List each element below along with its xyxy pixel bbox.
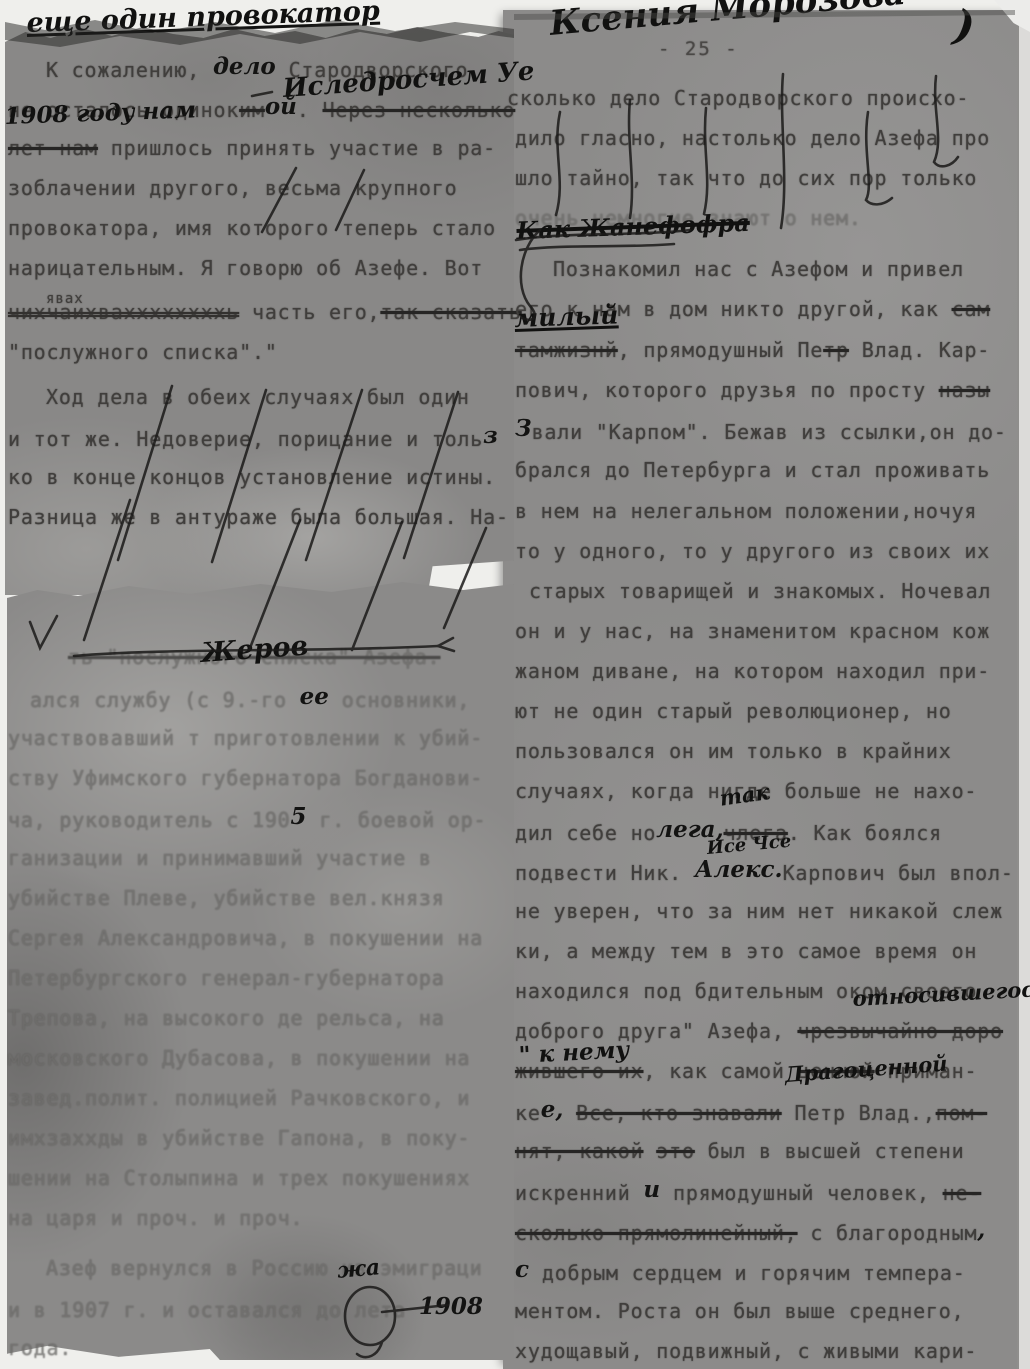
- typed-text: московского Дубасова, в покушении на: [8, 1046, 470, 1070]
- typed-text: прямодушный человек,: [660, 1181, 943, 1205]
- handwritten-correction: с: [515, 1256, 529, 1283]
- right-column-line: тамжизнй, прямодушный Петр Влад. Кар-: [515, 338, 990, 362]
- typed-text: жаном диване, на котором находил при-: [515, 659, 990, 683]
- typed-text: ки, а между тем в это самое время он: [515, 939, 977, 963]
- left-column-line: ганизации и принимавший участие в: [8, 846, 432, 870]
- handwritten-correction: 5: [291, 803, 307, 830]
- struck-typed-text: тр: [823, 338, 849, 362]
- right-column-line: худощавый, подвижный, с живыми кари-: [515, 1339, 977, 1363]
- handwritten-annotation: еще один провокатор: [26, 0, 380, 39]
- typed-text: дило гласно, настолько дело Азефа про: [515, 126, 990, 150]
- left-column-line: участвовавший т приготовлении к убий-: [8, 726, 483, 750]
- typed-text: дил себе но: [515, 821, 656, 845]
- right-column-line: в нем на нелегальном положении,ночуя: [515, 499, 977, 523]
- handwritten-annotation: Ксения Морозова: [548, 0, 907, 44]
- typed-text: Петр Влад.,: [782, 1101, 936, 1125]
- struck-typed-text: лет нам: [8, 136, 98, 160]
- typed-text: в нем на нелегальном положении,ночуя: [515, 499, 977, 523]
- typed-text: ганизации и принимавший участие в: [8, 846, 432, 870]
- typed-text: пович, которого друзья по просту: [515, 378, 939, 402]
- struck-typed-text: Через несколько: [323, 98, 516, 122]
- left-column-line: "послужного списка".": [8, 340, 278, 364]
- right-column-line: Звали "Карпом". Бежав из ссылки,он до-: [515, 418, 1007, 445]
- left-column-line: и тот же. Недоверие, порицание и тольз: [8, 425, 498, 452]
- typed-text: завед.полит. полицией Рачковского, и: [8, 1086, 470, 1110]
- handwritten-correction: Алекс.: [695, 856, 783, 883]
- struck-typed-text: сам: [952, 297, 991, 321]
- typed-text: Ход дела в обеих случаях был один: [46, 385, 470, 409]
- right-column-line: не уверен, что за ним нет никакой слеж: [515, 899, 1003, 923]
- typed-text: ют не один старый революционер, но: [515, 699, 952, 723]
- typed-text: и в 1907 г. и оставался до лета: [8, 1298, 419, 1322]
- left-column-line: Трепова, на высокого де рельса, на: [8, 1006, 445, 1030]
- left-column-line: зоблачении другого, весьма крупного: [8, 176, 457, 200]
- typed-text: шении на Столыпина и трех покушениях: [8, 1166, 470, 1190]
- right-column-line: пользовался он им только в крайних: [515, 739, 952, 763]
- right-column-line: то у одного, то у другого из своих их: [515, 539, 990, 563]
- left-column-line: убийстве Плеве, убийстве вел.князя: [8, 886, 445, 910]
- struck-typed-text: назы: [939, 378, 990, 402]
- handwritten-annotation: ): [951, 0, 978, 51]
- left-column-line: ко в конце концов установление истины.: [8, 465, 496, 489]
- left-column-line: шении на Столыпина и трех покушениях: [8, 1166, 470, 1190]
- typed-text: вали "Карпом". Бежав из ссылки,он до-: [532, 420, 1007, 444]
- right-column-line: он и у нас, на знаменитом красном кож: [515, 619, 990, 643]
- typed-text: провокатора, имя которого теперь стало: [8, 216, 496, 240]
- typed-text: зоблачении другого, весьма крупного: [8, 176, 457, 200]
- typed-text: с благородным: [798, 1221, 978, 1245]
- handwritten-correction: ее: [300, 683, 329, 710]
- left-column-line: Ход дела в обеих случаях был один: [46, 385, 470, 409]
- right-column-line: ментом. Роста он был выше среднего,: [515, 1299, 964, 1323]
- struck-typed-text: Все, кто знавали: [576, 1101, 781, 1125]
- handwritten-correction: з: [483, 422, 498, 449]
- struck-typed-text: так сказать: [380, 300, 521, 324]
- typed-text: [563, 1101, 576, 1125]
- typed-text: Трепова, на высокого де рельса, на: [8, 1006, 445, 1030]
- right-column-line: старых товарищей и знакомых. Ночевал: [529, 579, 991, 603]
- typed-text: Азеф вернулся в Россию из эмиграци: [46, 1256, 483, 1280]
- left-column-line: имхзаххды в убийстве Гапона, в поку-: [8, 1126, 470, 1150]
- typed-text: участвовавший т приготовлении к убий-: [8, 726, 483, 750]
- typed-text: Петербургского генерал-губернатора: [8, 966, 445, 990]
- typed-text: худощавый, подвижный, с живыми кари-: [515, 1339, 977, 1363]
- typed-text: основники,: [329, 688, 470, 712]
- typed-text: сколько дело Стародворского происхо-: [507, 86, 969, 110]
- left-column-line: провокатора, имя которого теперь стало: [8, 216, 496, 240]
- right-column-line: подвести Ник. Алекс.Карпович был впол-: [515, 859, 1014, 886]
- struck-typed-text: не-: [943, 1181, 982, 1205]
- typed-text: Разница же в антураже была большая. На-: [8, 505, 509, 529]
- typed-text: ался службу (с 9.-го: [30, 688, 300, 712]
- right-column-line: нят, какой это был в высшей степени: [515, 1139, 964, 1163]
- right-column-line: шло тайно, так что до сих пор только: [515, 166, 977, 190]
- right-column-line: кее, Все, кто знавали Петр Влад.,пом-: [515, 1099, 987, 1126]
- typed-text: [643, 1139, 656, 1163]
- right-column-line: ки, а между тем в это самое время он: [515, 939, 977, 963]
- scanned-manuscript-page: - 25 - К сожалению, дело Стародворскогон…: [0, 0, 1030, 1369]
- struck-typed-text: им: [239, 98, 265, 122]
- typed-text: ментом. Роста он был выше среднего,: [515, 1299, 964, 1323]
- typed-text: ча, руководитель с 190: [8, 808, 291, 832]
- typed-text: , прямодушный Пе: [618, 338, 823, 362]
- typed-text: и тот же. Недоверие, порицание и толь: [8, 427, 483, 451]
- typed-text: старых товарищей и знакомых. Ночевал: [529, 579, 991, 603]
- handwritten-correction: З: [515, 415, 532, 442]
- typed-text: "послужного списка".": [8, 340, 278, 364]
- handwritten-correction: ,: [977, 1216, 985, 1243]
- handwritten-annotation: " к нему: [518, 1036, 630, 1069]
- handwritten-correction: и: [643, 1176, 660, 1203]
- left-column-line: года.: [8, 1336, 72, 1360]
- left-column-line: нарицательным. Я говорю об Азефе. Вот: [8, 256, 483, 280]
- typed-text: пользовался он им только в крайних: [515, 739, 952, 763]
- typed-text: искренний: [515, 1181, 643, 1205]
- struck-typed-text: это: [656, 1139, 695, 1163]
- typed-text: Познакомил нас с Азефом и привел: [553, 257, 964, 281]
- typed-text: К сожалению,: [46, 58, 213, 82]
- right-column-line: с добрым сердцем и горячим темпера-: [515, 1259, 966, 1286]
- typed-text: ке: [515, 1101, 541, 1125]
- handwritten-annotation: милый: [514, 300, 619, 333]
- right-column-line: Познакомил нас с Азефом и привел: [553, 257, 964, 281]
- text-layer: К сожалению, дело Стародворскогоне остал…: [0, 0, 1030, 1369]
- typed-text: , как самой: [643, 1059, 797, 1083]
- left-column-line: на царя и проч. и проч.: [8, 1206, 303, 1230]
- struck-typed-text: чрезвычайно доро: [798, 1019, 1003, 1043]
- struck-typed-text: нят, какой: [515, 1139, 643, 1163]
- struck-typed-text: тамжизнй: [515, 338, 618, 362]
- typed-text: шло тайно, так что до сих пор только: [515, 166, 977, 190]
- typed-text: часть его,: [239, 300, 380, 324]
- handwritten-correction: дело: [213, 53, 276, 80]
- right-column-line: пович, которого друзья по просту назы: [515, 378, 990, 402]
- left-column-line: Разница же в антураже была большая. На-: [8, 505, 509, 529]
- typed-text: он и у нас, на знаменитом красном кож: [515, 619, 990, 643]
- right-column-line: брался до Петербурга и стал проживать: [515, 458, 990, 482]
- typed-text: Влад. Кар-: [849, 338, 990, 362]
- typed-text: г. боевой ор-: [307, 808, 487, 832]
- right-column-line: дило гласно, настолько дело Азефа про: [515, 126, 990, 150]
- typed-text: . Как боялся: [788, 821, 942, 845]
- left-column-line: Сергея Александровича, в покушении на: [8, 926, 483, 950]
- struck-typed-text: пом-: [936, 1101, 987, 1125]
- typed-text: ству Уфимского губернатора Богданови-: [8, 766, 483, 790]
- typed-text: убийстве Плеве, убийстве вел.князя: [8, 886, 445, 910]
- right-column-line: ют не один старый революционер, но: [515, 699, 952, 723]
- handwritten-annotation: 1908 году нам: [4, 96, 196, 130]
- left-column-line: ался службу (с 9.-го ее основники,: [30, 686, 470, 713]
- typed-text: был в высшей степени: [695, 1139, 965, 1163]
- left-column-line: лет нам пришлось принять участие в ра-: [8, 136, 496, 160]
- handwritten-correction: е,: [541, 1096, 564, 1123]
- right-column-line: искренний и прямодушный человек, не-: [515, 1179, 981, 1206]
- left-column-line: Петербургского генерал-губернатора: [8, 966, 445, 990]
- typed-text: Карпович был впол-: [783, 861, 1014, 885]
- left-column-line: Азеф вернулся в Россию из эмиграци: [46, 1256, 483, 1280]
- typed-text: нарицательным. Я говорю об Азефе. Вот: [8, 256, 483, 280]
- typed-text: не уверен, что за ним нет никакой слеж: [515, 899, 1003, 923]
- left-column-line: чихчаихваххххххххь часть его,так сказать: [8, 300, 522, 324]
- typed-text: года.: [8, 1336, 72, 1360]
- right-column-line: сколько прямолинейный, с благородным,: [515, 1219, 985, 1246]
- left-column-line: и в 1907 г. и оставался до лета 1908: [8, 1296, 483, 1323]
- typed-text: брался до Петербурга и стал проживать: [515, 458, 990, 482]
- handwritten-annotation: жа: [336, 1254, 381, 1284]
- typed-text: чихчаихваххххххххь: [8, 300, 239, 324]
- typed-text: то у одного, то у другого из своих их: [515, 539, 990, 563]
- typed-text: пришлось принять участие в ра-: [98, 136, 496, 160]
- typed-text: Сергея Александровича, в покушении на: [8, 926, 483, 950]
- handwritten-correction: 1908: [419, 1293, 483, 1320]
- left-column-line: завед.полит. полицией Рачковского, и: [8, 1086, 470, 1110]
- typed-text: подвести Ник.: [515, 861, 695, 885]
- typed-text: на царя и проч. и проч.: [8, 1206, 303, 1230]
- typed-text: добрым сердцем и горячим темпера-: [529, 1261, 966, 1285]
- typed-text: имхзаххды в убийстве Гапона, в поку-: [8, 1126, 470, 1150]
- handwritten-annotation: так: [718, 779, 771, 811]
- right-column-line: сколько дело Стародворского происхо-: [507, 86, 969, 110]
- typed-text: ко в конце концов установление истины.: [8, 465, 496, 489]
- left-column-line: ча, руководитель с 1905 г. боевой ор-: [8, 806, 486, 833]
- left-column-line: московского Дубасова, в покушении на: [8, 1046, 470, 1070]
- right-column-line: жаном диване, на котором находил при-: [515, 659, 990, 683]
- struck-typed-text: сколько прямолинейный,: [515, 1221, 798, 1245]
- left-column-line: ству Уфимского губернатора Богданови-: [8, 766, 483, 790]
